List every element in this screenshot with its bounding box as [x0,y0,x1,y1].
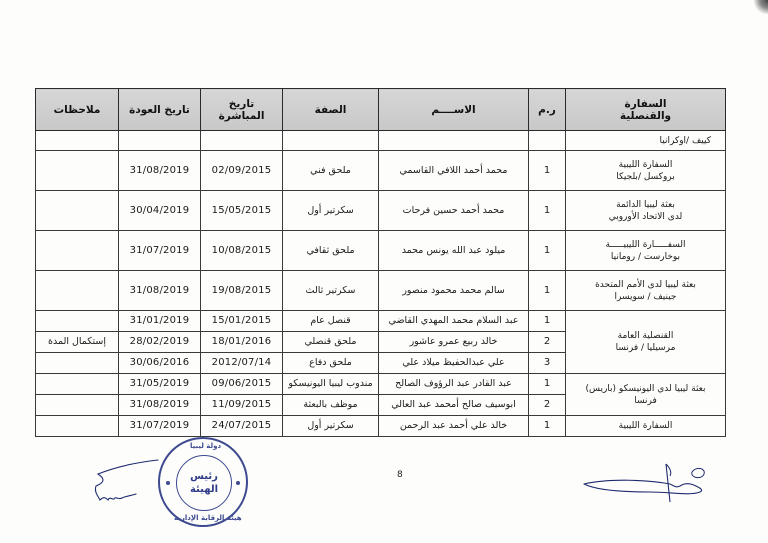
stamp-ring-top: دولة ليبيا [190,442,221,450]
header-name: الاســــم [379,89,529,131]
cell-serial: 1 [529,416,566,437]
cell-serial: 1 [529,191,566,231]
cell-name: عبد السلام محمد المهدي القاضي [379,311,529,332]
staff-assignment-table: السفارة والقنصلية ر.م الاســــم الصفة تا… [35,88,726,437]
table-row: بعثة ليبيا لدى الأمم المتحدة جينيف / سوي… [36,271,726,311]
signature-right [580,462,710,507]
cell-start-date: 10/08/2015 [201,231,283,271]
cell-return-date: 28/02/2019 [119,332,201,353]
cell-position: ملحق ثقافي [283,231,379,271]
cell-name: ابوسيف صالح أمحمد عبد العالي [379,395,529,416]
mission-line1: السفـــــارة الليبيـــــة [570,239,721,251]
cell-serial: 1 [529,311,566,332]
stamp-title-line2: الهيئة [190,483,218,496]
cell-return-date: 31/07/2019 [119,416,201,437]
cell-position: قنصل عام [283,311,379,332]
mission-line1: بعثة ليبيا لدي اليونيسكو (باريس) [570,383,721,395]
cell-return-date: 30/04/2019 [119,191,201,231]
cell-position: ملحق دفاع [283,353,379,374]
cell-notes [36,131,119,151]
cell-serial: 1 [529,271,566,311]
cell-return-date: 31/01/2019 [119,311,201,332]
cell-start-date: 24/07/2015 [201,416,283,437]
stamp-dot [166,481,170,485]
mission-line2: فرنسا [570,395,721,407]
stamp-dot [236,481,240,485]
mission-line2: جينيف / سويسرا [570,291,721,303]
cell-mission: القنصلية العامة مرسيليا / فرنسا [566,311,726,374]
cell-return-date: 31/08/2019 [119,151,201,191]
cell-notes [36,271,119,311]
table-row: السفارة الليبية بروكسل /بلجيكا 1 محمد أح… [36,151,726,191]
page-number: 8 [397,470,403,480]
table-row: كييف /اوكرانيا [36,131,726,151]
cell-position: ملحق فني [283,151,379,191]
cell-start-date: 2012/07/14 [201,353,283,374]
cell-mission: السفارة الليبية [566,416,726,437]
cell-notes [36,151,119,191]
cell-name: محمد أحمد حسين فرحات [379,191,529,231]
cell-position [283,131,379,151]
cell-position: مندوب ليبيا اليونيسكو [283,374,379,395]
header-notes: ملاحظات [36,89,119,131]
table-row: القنصلية العامة مرسيليا / فرنسا 1 عبد ال… [36,311,726,332]
cell-mission: بعثة ليبيا لدي اليونيسكو (باريس) فرنسا [566,374,726,416]
cell-notes [36,191,119,231]
cell-mission: بعثة ليبيا لدى الأمم المتحدة جينيف / سوي… [566,271,726,311]
header-mission-line2: والقنصلية [570,110,721,122]
cell-name: سالم محمد محمود منصور [379,271,529,311]
cell-mission: بعثة ليبيا الدائمة لدى الاتحاد الأوروبي [566,191,726,231]
header-serial: ر.م [529,89,566,131]
cell-name: محمد أحمد اللافي القاسمي [379,151,529,191]
cell-start-date: 19/08/2015 [201,271,283,311]
cell-start-date: 15/01/2015 [201,311,283,332]
mission-line1: بعثة ليبيا لدى الأمم المتحدة [570,279,721,291]
cell-start-date: 15/05/2015 [201,191,283,231]
cell-mission: كييف /اوكرانيا [566,131,726,151]
cell-position: سكرتير ثالث [283,271,379,311]
cell-notes [36,353,119,374]
table-row: بعثة ليبيا الدائمة لدى الاتحاد الأوروبي … [36,191,726,231]
cell-return-date: 31/08/2019 [119,271,201,311]
table-row: بعثة ليبيا لدي اليونيسكو (باريس) فرنسا 1… [36,374,726,395]
cell-notes [36,395,119,416]
official-stamp: دولة ليبيا رئيس الهيئة هيئة الرقابة الإد… [158,437,248,527]
cell-mission: السفـــــارة الليبيـــــة بوخارست / روما… [566,231,726,271]
cell-mission: السفارة الليبية بروكسل /بلجيكا [566,151,726,191]
cell-name: علي عبدالحفيظ ميلاد علي [379,353,529,374]
cell-start-date [201,131,283,151]
cell-serial: 2 [529,395,566,416]
header-position: الصفة [283,89,379,131]
cell-notes [36,416,119,437]
cell-return-date: 31/05/2019 [119,374,201,395]
cell-notes [36,311,119,332]
cell-name: عبد القادر عبد الرؤوف الصالح [379,374,529,395]
cell-start-date: 18/01/2016 [201,332,283,353]
cell-start-date: 02/09/2015 [201,151,283,191]
cell-serial: 1 [529,151,566,191]
cell-serial: 1 [529,231,566,271]
table-row: السفـــــارة الليبيـــــة بوخارست / روما… [36,231,726,271]
cell-return-date [119,131,201,151]
mission-line2: مرسيليا / فرنسا [570,342,721,354]
header-mission: السفارة والقنصلية [566,89,726,131]
cell-serial [529,131,566,151]
cell-return-date: 31/07/2019 [119,231,201,271]
mission-line2: بوخارست / رومانيا [570,251,721,263]
cell-return-date: 30/06/2016 [119,353,201,374]
cell-notes [36,374,119,395]
table-row: السفارة الليبية 1 خالد علي أحمد عبد الرح… [36,416,726,437]
stamp-ring-bottom: هيئة الرقابة الإدارية [174,514,242,522]
cell-return-date: 31/08/2019 [119,395,201,416]
mission-line1: القنصلية العامة [570,330,721,342]
cell-name: ميلود عبد الله يونس محمد [379,231,529,271]
cell-name [379,131,529,151]
cell-name: خالد علي أحمد عبد الرحمن [379,416,529,437]
cell-notes [36,231,119,271]
cell-start-date: 11/09/2015 [201,395,283,416]
signature-left [90,456,160,506]
mission-line1: بعثة ليبيا الدائمة [570,199,721,211]
cell-position: ملحق قنصلي [283,332,379,353]
cell-position: سكرتير أول [283,416,379,437]
mission-line2: بروكسل /بلجيكا [570,171,721,183]
header-mission-line1: السفارة [570,98,721,110]
cell-position: موظف بالبعثة [283,395,379,416]
cell-start-date: 09/06/2015 [201,374,283,395]
mission-line2: لدى الاتحاد الأوروبي [570,211,721,223]
header-start-date: تاريخ المباشرة [201,89,283,131]
cell-position: سكرتير أول [283,191,379,231]
table-header-row: السفارة والقنصلية ر.م الاســــم الصفة تا… [36,89,726,131]
cell-notes: إستكمال المدة [36,332,119,353]
mission-line1: السفارة الليبية [570,159,721,171]
page-corner-shadow [754,0,768,14]
stamp-title-line1: رئيس [190,470,218,483]
cell-serial: 1 [529,374,566,395]
cell-name: خالد ربيع عمرو عاشور [379,332,529,353]
header-return-date: تاريخ العودة [119,89,201,131]
stamp-center: رئيس الهيئة [176,455,232,511]
cell-serial: 2 [529,332,566,353]
cell-serial: 3 [529,353,566,374]
